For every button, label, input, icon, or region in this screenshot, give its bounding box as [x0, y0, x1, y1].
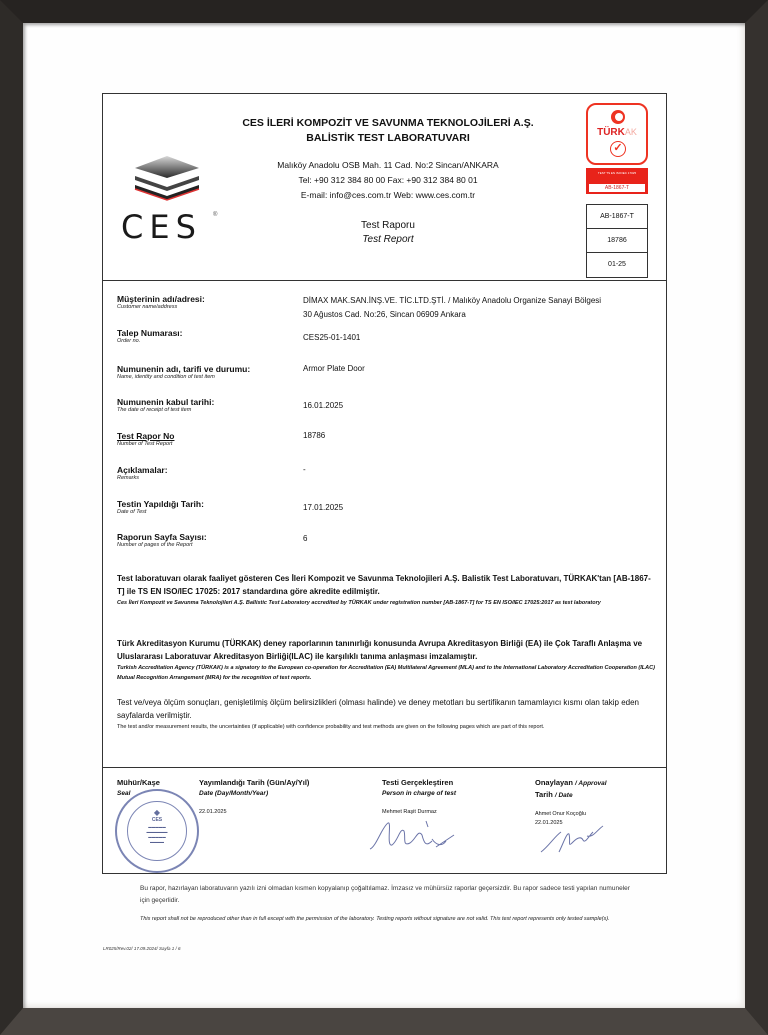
org-email-web: E-mail: info@ces.com.tr Web: www.ces.com…	[223, 188, 553, 203]
field-value: 18786	[303, 429, 653, 443]
tester-label-en: Person in charge of test	[382, 788, 466, 799]
accreditation-statement-tr: Test laboratuvarı olarak faaliyet göster…	[117, 572, 657, 598]
approver-date-label-en: / Date	[555, 792, 573, 799]
field-report-no: Test Rapor No Number of Test Report 1878…	[117, 431, 657, 448]
tester-column: Testi Gerçekleştiren Person in charge of…	[382, 777, 466, 862]
field-value: 17.01.2025	[303, 501, 653, 515]
ref-accreditation-no: AB-1867-T	[587, 205, 647, 229]
approver-label: Onaylayan	[535, 778, 573, 787]
org-name-line2: BALİSTİK TEST LABORATUVARI	[223, 131, 553, 146]
header-divider	[103, 280, 666, 281]
registered-mark: ®	[213, 212, 217, 218]
tester-name: Mehmet Raşit Durmaz	[382, 808, 466, 817]
accreditation-statement-en: Ces İleri Kompozit ve Savunma Teknolojil…	[117, 598, 657, 608]
logo-wordmark: CES	[121, 208, 202, 246]
field-page-count: Raporun Sayfa Sayısı: Number of pages of…	[117, 532, 657, 549]
turkak-accreditation-badge: TÜRKAK ✓ TEST TS EN ISO/IEC 17025 AB-186…	[586, 103, 648, 194]
seal-label: Mühür/Kaşe	[117, 777, 160, 788]
results-statement: Test ve/veya ölçüm sonuçları, genişletil…	[117, 696, 657, 732]
turkak-band-text: TEST TS EN ISO/IEC 17025	[586, 171, 648, 175]
organization-info: CES İLERİ KOMPOZİT VE SAVUNMA TEKNOLOJİL…	[223, 116, 553, 246]
footer-note-tr: Bu rapor, hazırlayan laboratuvarın yazıl…	[140, 883, 630, 907]
field-value: CES25-01-1401	[303, 331, 653, 345]
test-report-certificate: CES ® CES İLERİ KOMPOZİT VE SAVUNMA TEKN…	[102, 93, 667, 874]
field-value: DİMAX MAK.SAN.İNŞ.VE. TİC.LTD.ŞTİ. / Mal…	[303, 294, 653, 322]
turkak-band: TEST TS EN ISO/IEC 17025 AB-1867-T	[586, 168, 648, 194]
footer-note-en: This report shall not be reproduced othe…	[140, 913, 630, 925]
publish-date-column: Yayımlandığı Tarih (Gün/Ay/Yıl) Date (Da…	[199, 777, 309, 817]
report-title: Test Raporu	[223, 219, 553, 233]
field-value: 16.01.2025	[303, 399, 653, 413]
form-code: LR025/Rev.02/ 17.09.2024/ Sayfa 1 / 6	[103, 946, 180, 951]
approver-name: Ahmet Onur Koçoğlu	[535, 810, 617, 819]
crescent-icon	[611, 110, 625, 124]
turkak-badge-code: AB-1867-T	[589, 184, 645, 192]
field-test-item: Numunenin adı, tarifi ve durumu: Name, i…	[117, 364, 657, 381]
field-order-no: Talep Numarası: Order no. CES25-01-1401	[117, 328, 657, 345]
approver-column: Onaylayan / Approval Tarih / Date Ahmet …	[535, 777, 617, 861]
field-value: Armor Plate Door	[303, 362, 653, 376]
accreditation-statement: Test laboratuvarı olarak faaliyet göster…	[117, 572, 657, 608]
mla-statement-en: Turkish Accreditation Agency (TÜRKAK) is…	[117, 663, 657, 683]
org-name-line1: CES İLERİ KOMPOZİT VE SAVUNMA TEKNOLOJİL…	[223, 116, 553, 131]
ref-report-no: 18786	[587, 229, 647, 253]
publish-date-label: Yayımlandığı Tarih (Gün/Ay/Yıl)	[199, 777, 309, 788]
ces-logo: CES ®	[117, 154, 217, 244]
signature-icon	[537, 822, 617, 856]
field-value: -	[303, 463, 653, 477]
ref-period: 01-25	[587, 253, 647, 277]
results-statement-tr: Test ve/veya ölçüm sonuçları, genişletil…	[117, 696, 657, 722]
field-value: 6	[303, 532, 653, 546]
turkak-check-icon: ✓	[610, 141, 626, 157]
field-test-date: Testin Yapıldığı Tarih: Date of Test 17.…	[117, 499, 657, 516]
company-seal-icon: ◆ CES ▬▬▬▬▬▬▬▬▬▬▬▬▬▬▬▬▬▬▬▬	[115, 789, 199, 873]
org-phone-fax: Tel: +90 312 384 80 00 Fax: +90 312 384 …	[223, 173, 553, 188]
reference-box: AB-1867-T 18786 01-25	[586, 204, 648, 278]
mla-statement-tr: Türk Akreditasyon Kurumu (TÜRKAK) deney …	[117, 637, 657, 663]
mla-statement: Türk Akreditasyon Kurumu (TÜRKAK) deney …	[117, 637, 657, 683]
turkak-wordmark: TÜRKAK	[588, 127, 646, 138]
approver-date-label: Tarih	[535, 790, 553, 799]
field-customer: Müşterinin adı/adresi: Customer name/add…	[117, 294, 657, 311]
org-address: Malıköy Anadolu OSB Mah. 11 Cad. No:2 Si…	[223, 158, 553, 173]
publish-date-value: 22.01.2025	[199, 808, 309, 817]
report-title-en: Test Report	[223, 233, 553, 246]
approver-label-en: / Approval	[575, 780, 607, 787]
signature-icon	[366, 817, 466, 857]
signature-section: Mühür/Kaşe Seal ◆ CES ▬▬▬▬▬▬▬▬▬▬▬▬▬▬▬▬▬▬…	[103, 767, 666, 874]
field-receipt-date: Numunenin kabul tarihi: The date of rece…	[117, 397, 657, 414]
stacked-layers-icon	[127, 154, 207, 206]
publish-date-label-en: Date (Day/Month/Year)	[199, 788, 309, 799]
field-remarks: Açıklamalar: Remarks -	[117, 465, 657, 482]
tester-label: Testi Gerçekleştiren	[382, 777, 466, 788]
results-statement-en: The test and/or measurement results, the…	[117, 722, 657, 732]
org-address-block: Malıköy Anadolu OSB Mah. 11 Cad. No:2 Si…	[223, 158, 553, 203]
